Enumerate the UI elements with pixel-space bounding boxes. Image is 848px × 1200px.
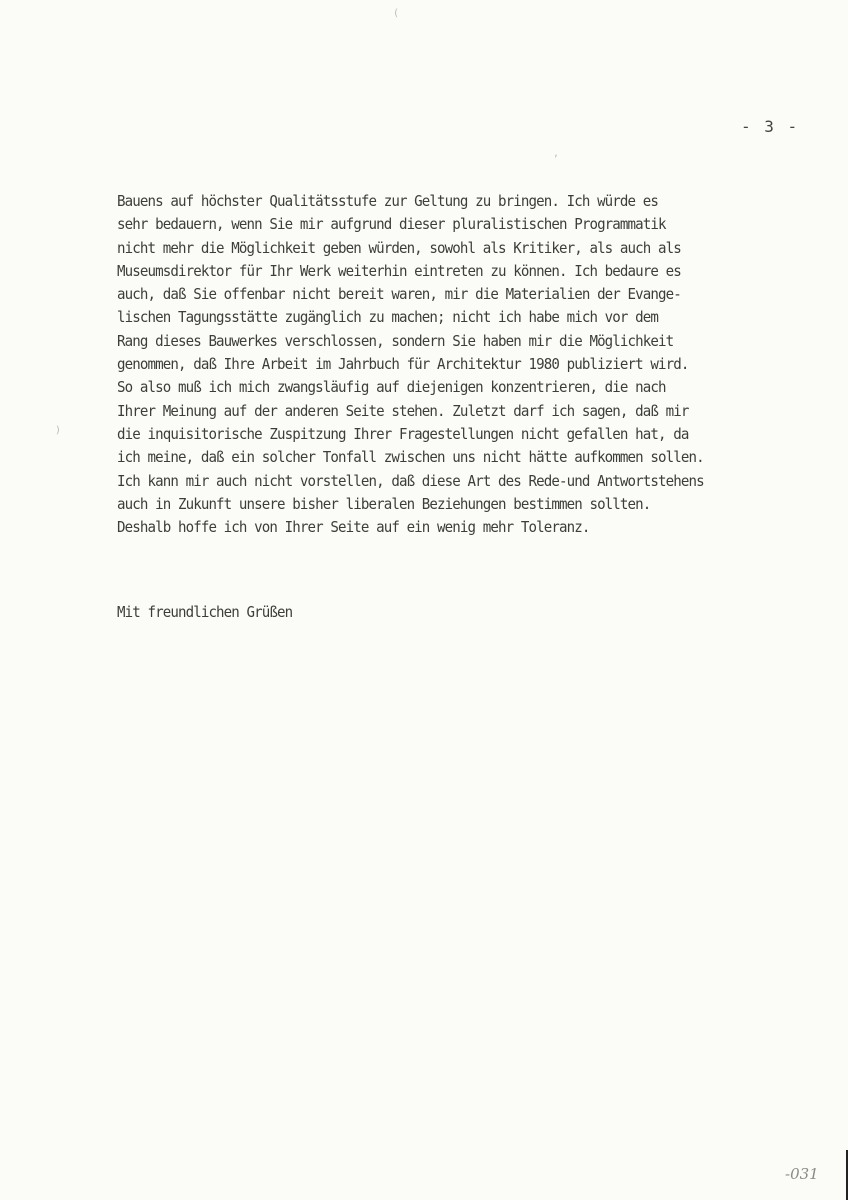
body-line: Museumsdirektor für Ihr Werk weiterhin e… bbox=[117, 260, 787, 283]
body-line: Deshalb hoffe ich von Ihrer Seite auf ei… bbox=[117, 516, 787, 539]
body-line: Ich kann mir auch nicht vorstellen, daß … bbox=[117, 470, 787, 493]
scan-mark: ) bbox=[55, 425, 61, 436]
archive-number: -031 bbox=[785, 1165, 819, 1183]
body-line: sehr bedauern, wenn Sie mir aufgrund die… bbox=[117, 213, 787, 236]
body-line: auch in Zukunft unsere bisher liberalen … bbox=[117, 493, 787, 516]
letter-body: Bauens auf höchster Qualitätsstufe zur G… bbox=[117, 190, 837, 539]
body-line: genommen, daß Ihre Arbeit im Jahrbuch fü… bbox=[117, 353, 787, 376]
body-line: die inquisitorische Zuspitzung Ihrer Fra… bbox=[117, 423, 787, 446]
body-line: Ihrer Meinung auf der anderen Seite steh… bbox=[117, 400, 787, 423]
body-line: nicht mehr die Möglichkeit geben würden,… bbox=[117, 237, 787, 260]
body-line: Rang dieses Bauwerkes verschlossen, sond… bbox=[117, 330, 787, 353]
body-line: lischen Tagungsstätte zugänglich zu mach… bbox=[117, 306, 787, 329]
scan-mark: ( bbox=[393, 8, 399, 19]
scan-mark: , bbox=[553, 148, 559, 159]
body-line: Bauens auf höchster Qualitätsstufe zur G… bbox=[117, 190, 787, 213]
page-number: - 3 - bbox=[741, 117, 799, 136]
body-line: ich meine, daß ein solcher Tonfall zwisc… bbox=[117, 446, 787, 469]
body-line: auch, daß Sie offenbar nicht bereit ware… bbox=[117, 283, 787, 306]
closing-salutation: Mit freundlichen Grüßen bbox=[117, 603, 292, 621]
body-line: So also muß ich mich zwangsläufig auf di… bbox=[117, 376, 787, 399]
